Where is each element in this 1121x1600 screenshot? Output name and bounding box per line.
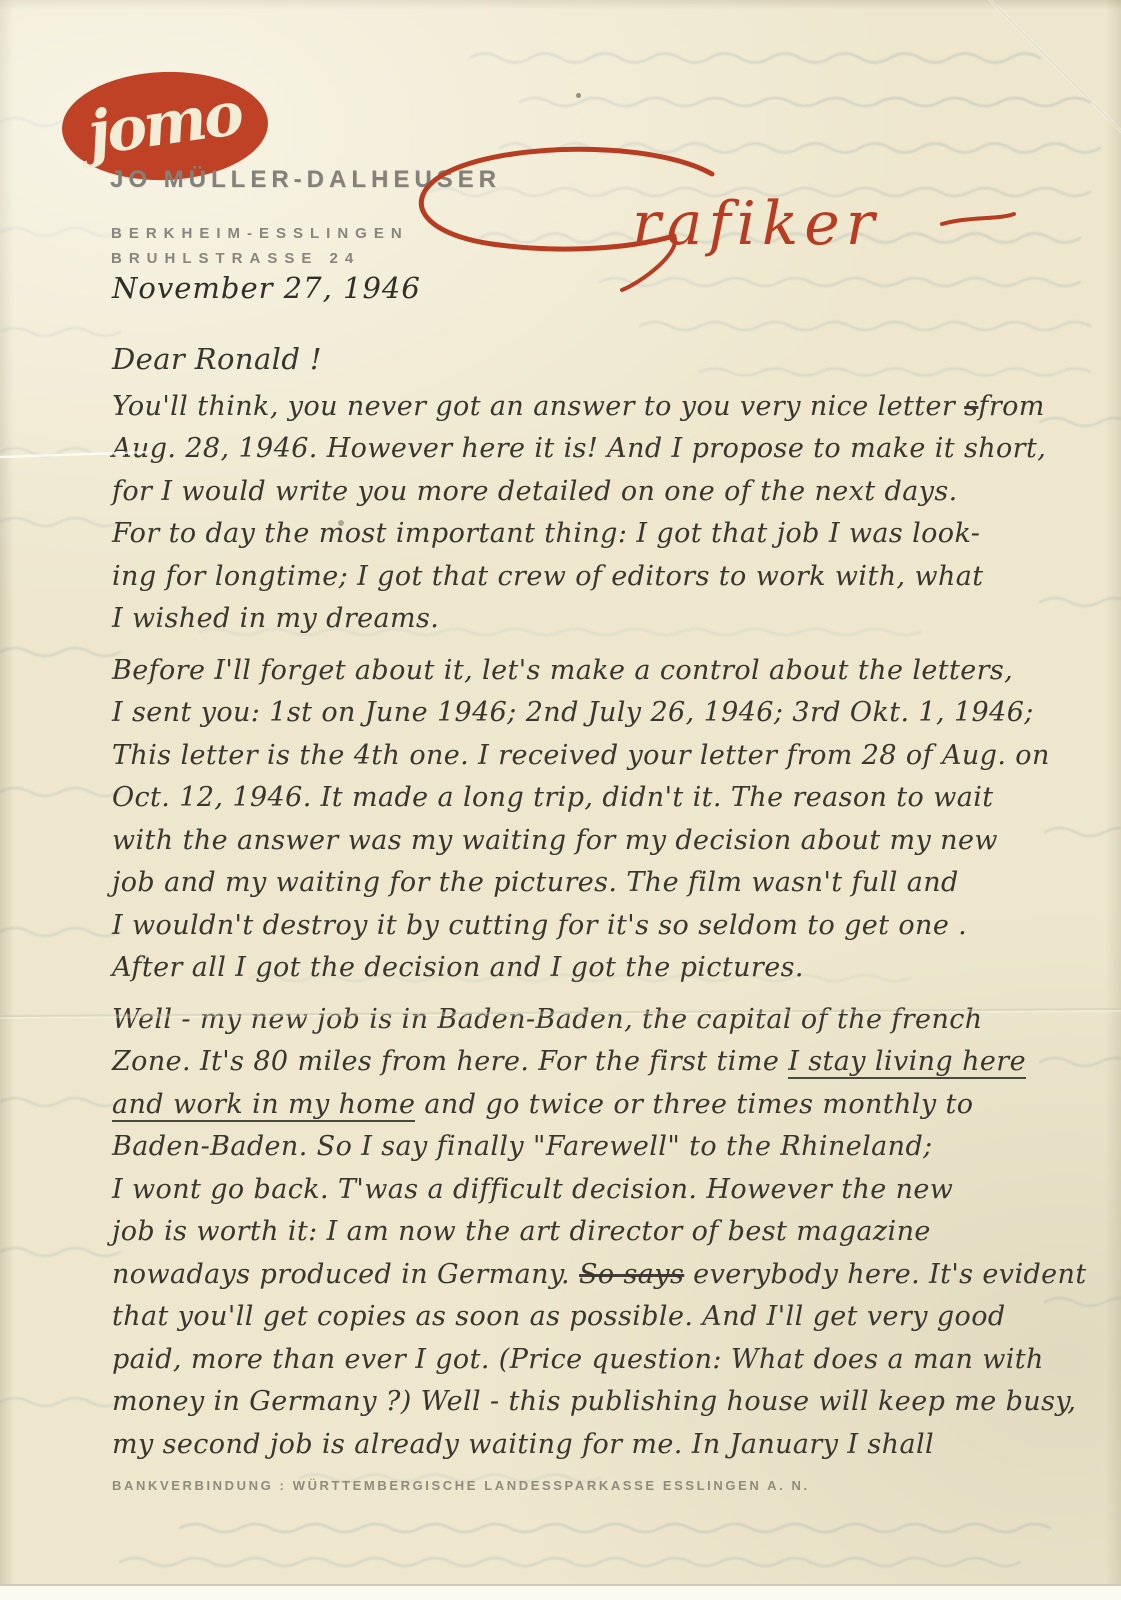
handwritten-line: I wont go back. T'was a difficult decisi… — [112, 1169, 1087, 1212]
handwritten-text: ing for longtime; I got that crew of edi… — [112, 561, 984, 592]
letter-date: November 27, 1946 — [112, 271, 421, 305]
handwritten-line: Well - my new job is in Baden-Baden, the… — [112, 999, 1087, 1042]
handwritten-text: Zone. It's 80 miles from here. For the f… — [112, 1046, 788, 1077]
handwritten-line: Oct. 12, 1946. It made a long trip, didn… — [112, 777, 1087, 820]
handwritten-text: I wished in my dreams. — [112, 603, 439, 634]
handwritten-line: with the answer was my waiting for my de… — [112, 820, 1087, 863]
handwritten-line: and work in my home and go twice or thre… — [112, 1084, 1087, 1127]
handwritten-text: and go twice or three times monthly to — [415, 1089, 973, 1120]
handwritten-line: I wished in my dreams. — [112, 598, 1087, 641]
handwritten-text: with the answer was my waiting for my de… — [112, 825, 998, 856]
handwritten-text: from — [978, 391, 1044, 422]
handwritten-text: I stay living here — [788, 1046, 1026, 1079]
handwritten-text: Well - my new job is in Baden-Baden, the… — [112, 1004, 983, 1035]
scan-bottom-edge — [0, 1584, 1121, 1600]
handwritten-line: I sent you: 1st on June 1946; 2nd July 2… — [112, 692, 1087, 735]
handwritten-line: You'll think, you never got an answer to… — [112, 386, 1087, 429]
handwritten-line: for I would write you more detailed on o… — [112, 471, 1087, 514]
grafiker-tail-text: rafiker — [632, 189, 880, 259]
handwritten-line: ing for longtime; I got that crew of edi… — [112, 556, 1087, 599]
handwritten-line: This letter is the 4th one. I received y… — [112, 735, 1087, 778]
jomo-logo-text: jomo — [85, 84, 245, 165]
handwritten-text: job is worth it: I am now the art direct… — [112, 1216, 931, 1247]
handwritten-text: and work in my home — [112, 1089, 415, 1122]
handwritten-text: For to day the most important thing: I g… — [112, 518, 980, 549]
handwritten-text: This letter is the 4th one. I received y… — [112, 740, 1050, 771]
handwritten-text: After all I got the decision and I got t… — [112, 952, 804, 983]
handwritten-line: job is worth it: I am now the art direct… — [112, 1211, 1087, 1254]
grafiker-g-loop — [421, 149, 712, 249]
letterhead-address-line1: BERKHEIM-ESSLINGEN — [111, 221, 409, 246]
letterhead-name: JO MÜLLER-DALHEUSER — [110, 166, 501, 194]
handwritten-text: I wont go back. T'was a difficult decisi… — [112, 1174, 953, 1205]
letterhead-address: BERKHEIM-ESSLINGEN BRUHLSTRASSE 24 — [111, 221, 409, 271]
handwritten-line: Baden-Baden. So I say finally "Farewell"… — [112, 1126, 1087, 1169]
handwritten-text: my second job is already waiting for me.… — [112, 1429, 934, 1460]
handwritten-line: money in Germany ?) Well - this publishi… — [112, 1381, 1087, 1424]
salutation: Dear Ronald ! — [112, 338, 1087, 381]
handwritten-text: everybody here. It's evident — [684, 1259, 1086, 1290]
handwritten-text: Oct. 12, 1946. It made a long trip, didn… — [112, 782, 993, 813]
handwritten-line: After all I got the decision and I got t… — [112, 947, 1087, 990]
paper-speck — [338, 520, 344, 526]
letter-paragraph: Well - my new job is in Baden-Baden, the… — [112, 999, 1087, 1467]
handwritten-text: So says — [579, 1259, 684, 1290]
handwritten-line: job and my waiting for the pictures. The… — [112, 862, 1087, 905]
handwritten-line: that you'll get copies as soon as possib… — [112, 1296, 1087, 1339]
letter-paragraph: Before I'll forget about it, let's make … — [112, 650, 1087, 990]
letter-paragraph: You'll think, you never got an answer to… — [112, 386, 1087, 641]
handwritten-text: that you'll get copies as soon as possib… — [112, 1301, 1006, 1332]
handwritten-text: Before I'll forget about it, let's make … — [112, 655, 1013, 686]
grafiker-script: rafiker — [382, 132, 1022, 307]
handwritten-line: Aug. 28, 1946. However here it is! And I… — [112, 428, 1087, 471]
handwritten-line: Before I'll forget about it, let's make … — [112, 650, 1087, 693]
handwritten-line: nowadays produced in Germany. So says ev… — [112, 1254, 1087, 1297]
handwritten-text: I sent you: 1st on June 1946; 2nd July 2… — [112, 697, 1034, 728]
letter-page: jomo JO MÜLLER-DALHEUSER rafiker BERKHEI… — [0, 0, 1121, 1600]
letter-paragraphs: You'll think, you never got an answer to… — [112, 386, 1087, 1467]
handwritten-text: paid, more than ever I got. (Price quest… — [112, 1344, 1044, 1375]
handwritten-text: for I would write you more detailed on o… — [112, 476, 958, 507]
handwritten-line: paid, more than ever I got. (Price quest… — [112, 1339, 1087, 1382]
handwritten-line: For to day the most important thing: I g… — [112, 513, 1087, 556]
bank-footer-line: BANKVERBINDUNG : WÜRTTEMBERGISCHE LANDES… — [112, 1478, 810, 1493]
handwritten-text: Baden-Baden. So I say finally "Farewell"… — [112, 1131, 933, 1162]
handwritten-text: nowadays produced in Germany. — [112, 1259, 579, 1290]
handwritten-line: my second job is already waiting for me.… — [112, 1424, 1087, 1467]
handwritten-text: s — [964, 391, 978, 422]
letter-body: Dear Ronald ! You'll think, you never go… — [112, 338, 1087, 1466]
paper-speck — [576, 93, 581, 98]
handwritten-text: money in Germany ?) Well - this publishi… — [112, 1386, 1076, 1417]
handwritten-text: I wouldn't destroy it by cutting for it'… — [112, 910, 967, 941]
handwritten-text: job and my waiting for the pictures. The… — [112, 867, 959, 898]
handwritten-line: I wouldn't destroy it by cutting for it'… — [112, 905, 1087, 948]
fold-crease-top-right — [985, 0, 1121, 135]
handwritten-text: You'll think, you never got an answer to… — [112, 391, 964, 422]
handwritten-line: Zone. It's 80 miles from here. For the f… — [112, 1041, 1087, 1084]
letterhead-address-line2: BRUHLSTRASSE 24 — [111, 246, 409, 271]
handwritten-text: Aug. 28, 1946. However here it is! And I… — [112, 433, 1046, 464]
